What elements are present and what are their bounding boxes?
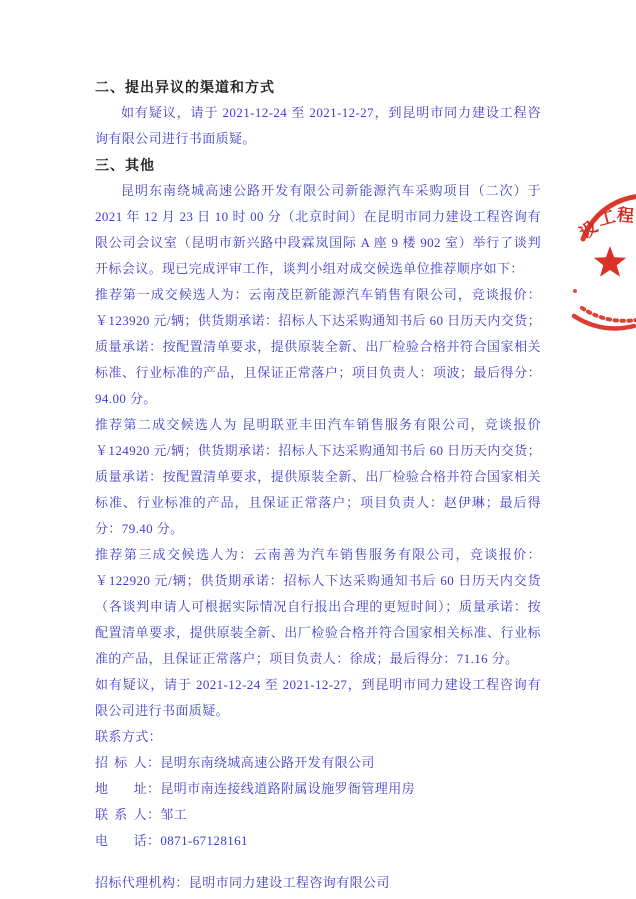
stamp-star-icon	[594, 246, 626, 277]
section-3-intro-paragraph: 昆明东南绕城高速公路开发有限公司新能源汽车采购项目（二次）于 2021 年 12…	[95, 178, 541, 282]
official-seal-stamp: 设 工 程	[570, 190, 636, 340]
agency-line: 招标代理机构：昆明市同力建设工程咨询有限公司	[95, 870, 541, 896]
contact-label-tenderee: 招标人	[95, 750, 147, 776]
stamp-char-she: 设	[576, 217, 602, 243]
contact-label-person: 联系人	[95, 802, 147, 828]
contact-colon: ：	[147, 781, 160, 796]
stamp-inner-dotted-arc	[582, 308, 636, 321]
candidate-1-paragraph: 推荐第一成交候选人为：云南茂臣新能源汽车销售有限公司，竞谈报价：￥123920 …	[95, 282, 541, 412]
contact-value-tenderee: 昆明东南绕城高速公路开发有限公司	[160, 755, 374, 770]
contact-line-person: 联系人：邹工	[95, 802, 541, 828]
section-2-paragraph: 如有疑议，请于 2021-12-24 至 2021-12-27，到昆明市同力建设…	[95, 100, 541, 152]
document-body: 二、提出异议的渠道和方式 如有疑议，请于 2021-12-24 至 2021-1…	[95, 74, 541, 896]
objection-note-paragraph: 如有疑议，请于 2021-12-24 至 2021-12-27，到昆明市同力建设…	[95, 672, 541, 724]
blank-line	[95, 854, 541, 870]
contact-colon: ：	[147, 833, 160, 848]
contact-line-address: 地址：昆明市南连接线道路附属设施罗衙管理用房	[95, 776, 541, 802]
stamp-char-cheng: 程	[616, 204, 635, 226]
contact-label-phone: 电话	[95, 828, 147, 854]
contact-colon: ：	[147, 807, 160, 822]
contact-value-phone: 0871-67128161	[160, 833, 248, 848]
contact-value-person: 邹工	[160, 807, 187, 822]
stamp-top-arc	[583, 196, 636, 239]
contact-value-address: 昆明市南连接线道路附属设施罗衙管理用房	[160, 781, 415, 796]
candidate-3-paragraph: 推荐第三成交候选人为：云南善为汽车销售服务有限公司，竞谈报价：￥122920 元…	[95, 542, 541, 672]
document-page: 二、提出异议的渠道和方式 如有疑议，请于 2021-12-24 至 2021-1…	[0, 0, 636, 899]
candidate-2-paragraph: 推荐第二成交候选人为 昆明联亚丰田汽车销售服务有限公司，竞谈报价 ￥124920…	[95, 412, 541, 542]
stamp-ink-dot	[573, 289, 577, 293]
section-2-heading: 二、提出异议的渠道和方式	[95, 74, 541, 100]
contact-heading: 联系方式：	[95, 724, 541, 750]
stamp-char-gong: 工	[596, 207, 617, 230]
contact-colon: ：	[147, 755, 160, 770]
contact-label-address: 地址	[95, 776, 147, 802]
contact-line-phone: 电话：0871-67128161	[95, 828, 541, 854]
contact-line-tenderee: 招标人：昆明东南绕城高速公路开发有限公司	[95, 750, 541, 776]
section-3-heading: 三、其他	[95, 152, 541, 178]
stamp-bottom-arc	[574, 316, 634, 328]
